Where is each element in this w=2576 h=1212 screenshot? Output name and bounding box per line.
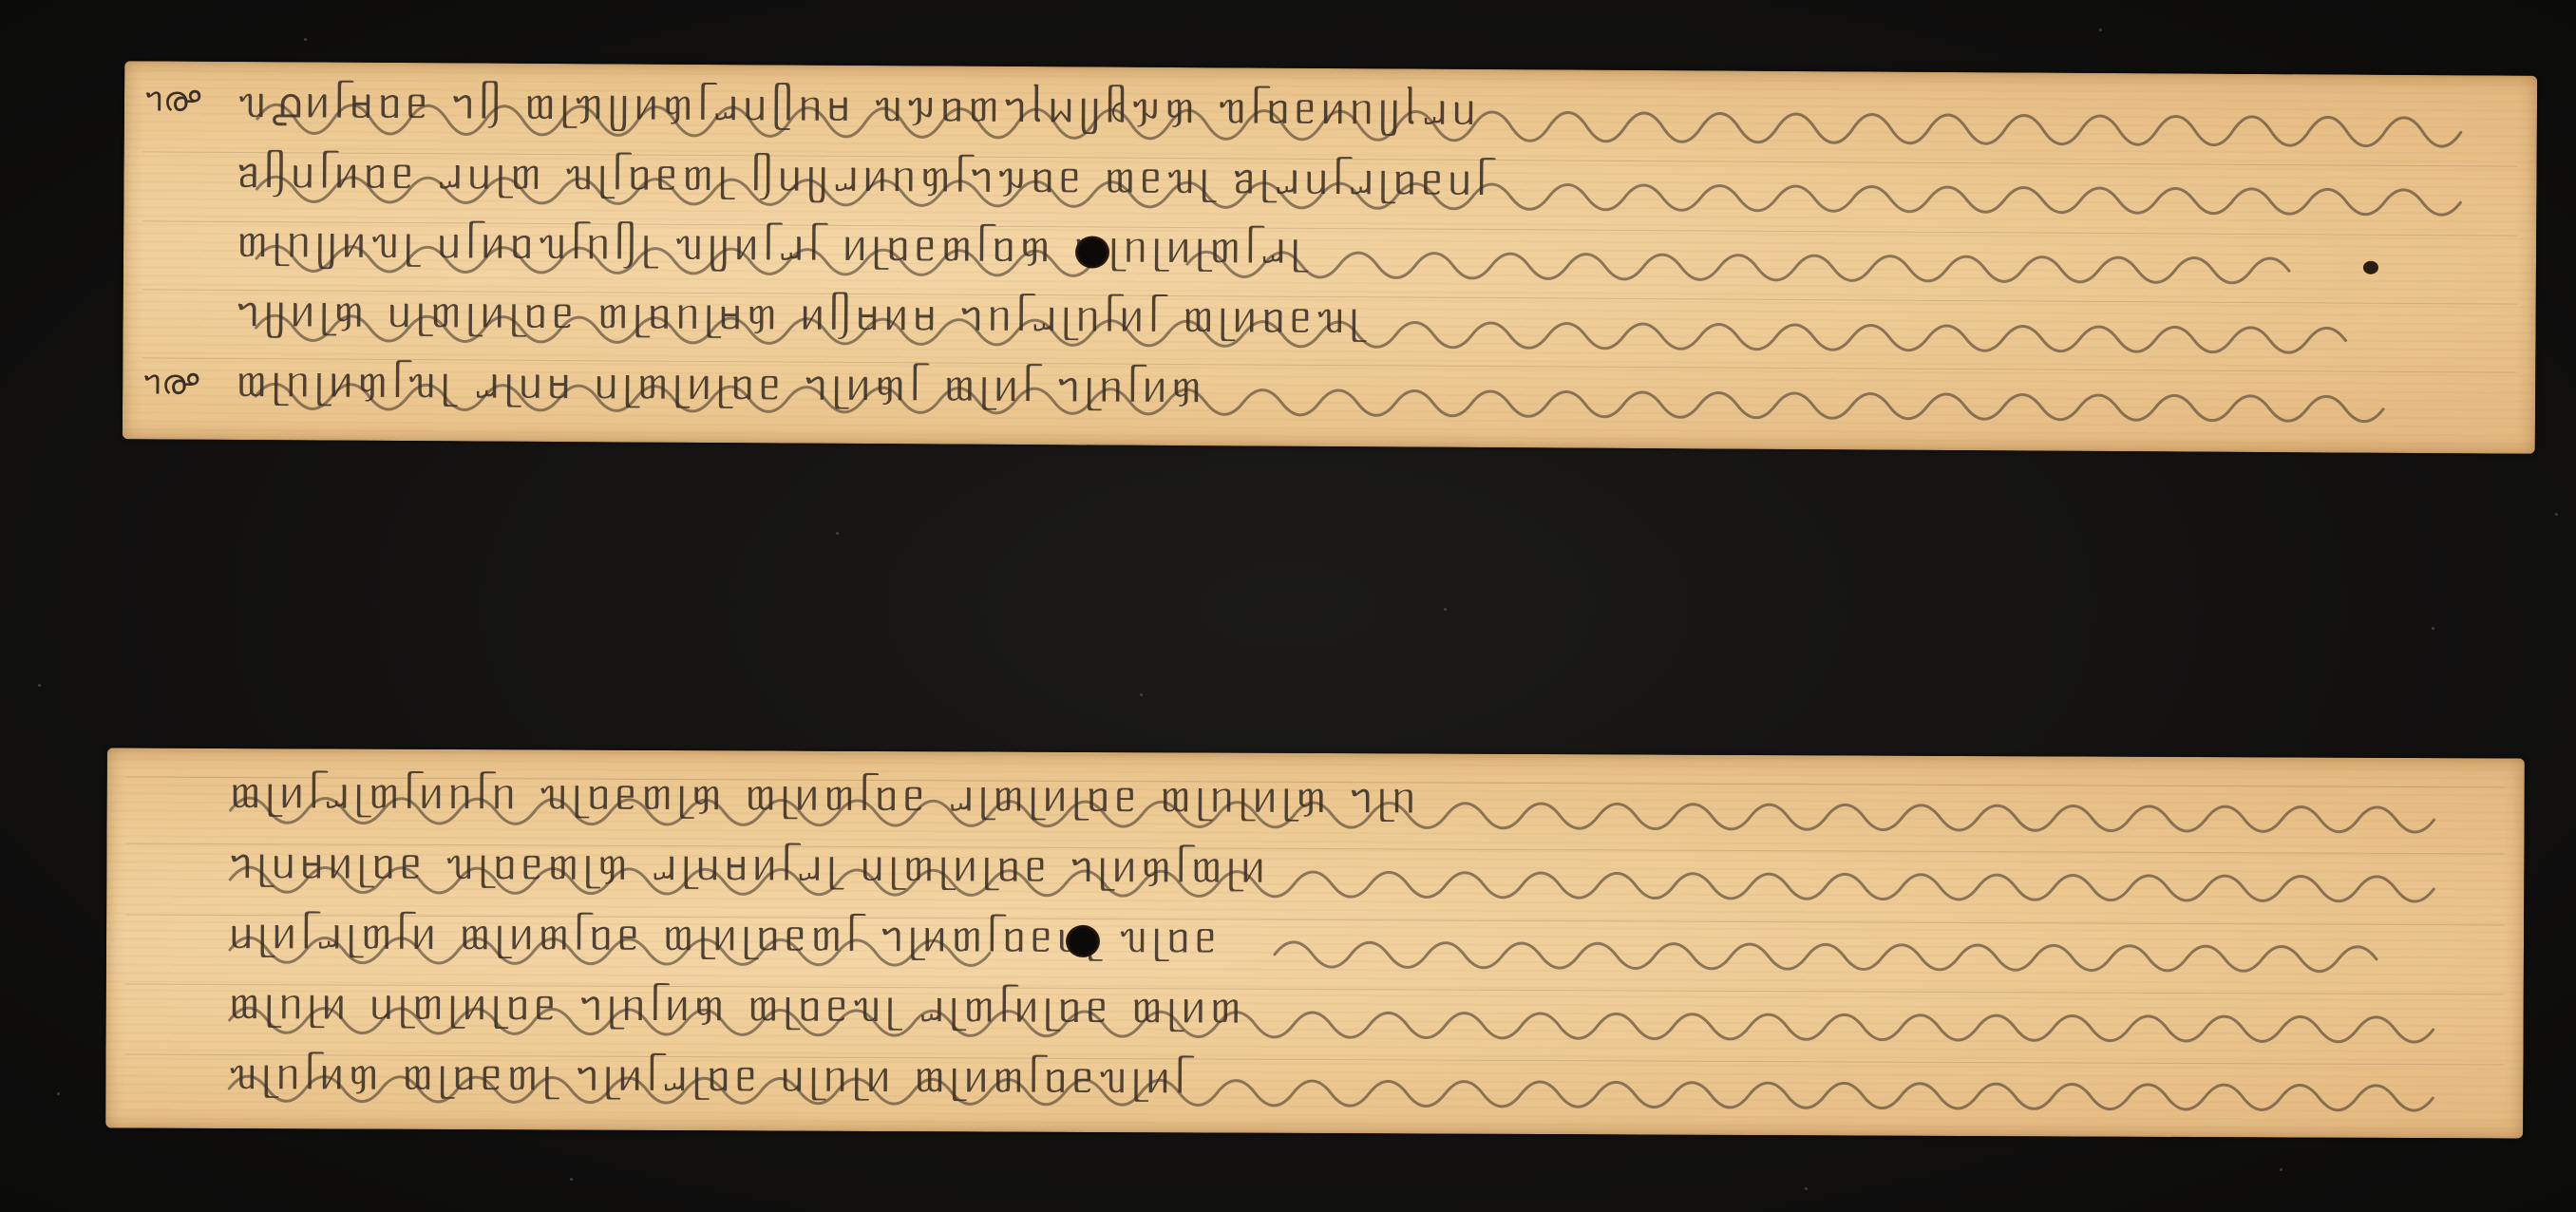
ink-spot [2363, 261, 2378, 275]
palm-leaf-manuscript-bottom: ᥗᥨᥢᥬᥘᥨᥖᥬᥢᥒᥬᥒ ᥔᥨᥝᥱᥖᥨᥞ ᥗᥨᥢᥖᥬᥝᥱ ᥘᥨᥖᥨᥢᥨᥝᥱ ᥗᥨ… [105, 748, 2525, 1138]
script-strokes [123, 61, 2537, 454]
palm-leaf-manuscript-top: ᥐ൙ ᥐ൙ ᥔ൧ᥢᥬᥛᥝᥱ ᥐᥦ ᥗᥨᥟᥩᥢᥞᥬᥘᥙᥫᥒᥛ ᥔᥭᥝᥖᥐᥣᥕᥩᥤᥭ… [123, 61, 2537, 454]
binding-hole [1075, 236, 1109, 268]
binding-hole [1066, 925, 1100, 957]
script-strokes [105, 748, 2525, 1138]
